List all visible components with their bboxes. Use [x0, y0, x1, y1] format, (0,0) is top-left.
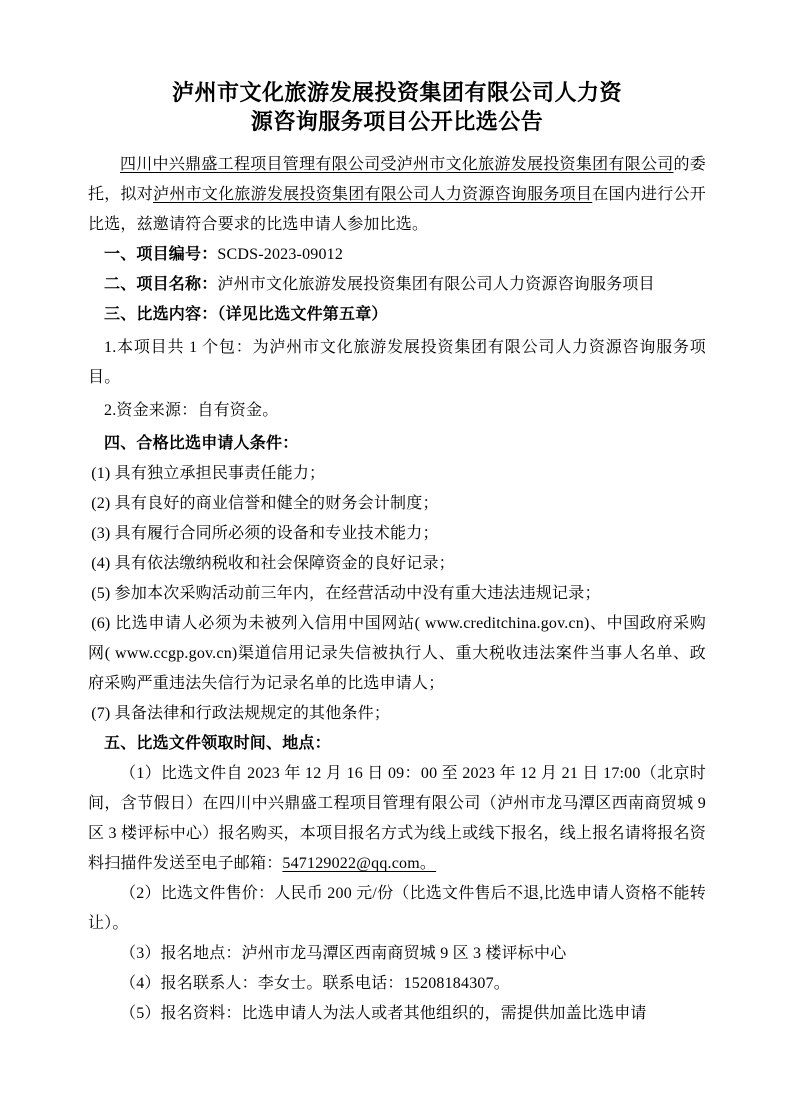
- qualification-item-4: (4) 具有依法缴纳税收和社会保障资金的良好记录；: [88, 549, 706, 579]
- section-4-label: 四、合格比选申请人条件：: [104, 435, 298, 452]
- section-1-label: 一、项目编号：: [104, 246, 217, 263]
- qualification-item-5: (5) 参加本次采购活动前三年内，在经营活动中没有重大违法违规记录；: [88, 579, 706, 609]
- section-2-label: 二、项目名称：: [104, 276, 217, 293]
- project-number-value: SCDS-2023-09012: [217, 246, 343, 263]
- qualification-item-2: (2) 具有良好的商业信誉和健全的财务会计制度；: [88, 489, 706, 519]
- document-page: 泸州市文化旅游发展投资集团有限公司人力资源咨询服务项目公开比选公告 四川中兴鼎盛…: [0, 0, 794, 1108]
- intro-paragraph: 四川中兴鼎盛工程项目管理有限公司受泸州市文化旅游发展投资集团有限公司的委托，拟对…: [88, 150, 706, 240]
- section-3-item-package: 1.本项目共 1 个包：为泸州市文化旅游发展投资集团有限公司人力资源咨询服务项目…: [88, 333, 706, 393]
- section-1-project-number: 一、项目编号：SCDS-2023-09012: [88, 240, 706, 270]
- section-4-qualification-heading: 四、合格比选申请人条件：: [88, 429, 706, 459]
- section-5-document-collection-heading: 五、比选文件领取时间、地点：: [88, 729, 706, 759]
- qualification-item-6: (6) 比选申请人必须为未被列入信用中国网站( www.creditchina.…: [88, 609, 706, 699]
- document-title: 泸州市文化旅游发展投资集团有限公司人力资源咨询服务项目公开比选公告: [168, 78, 626, 136]
- project-name-value: 泸州市文化旅游发展投资集团有限公司人力资源咨询服务项目: [217, 276, 654, 293]
- section-3-label: 三、比选内容：（详见比选文件第五章）: [104, 306, 388, 323]
- registration-email: 547129022@qq.com。: [282, 855, 436, 872]
- collection-item-4-contact: （4）报名联系人：李女士。联系电话：15208184307。: [88, 969, 706, 999]
- section-3-item-funding: 2.资金来源：自有资金。: [88, 396, 706, 426]
- collection-item-3-address: （3）报名地点：泸州市龙马潭区西南商贸城 9 区 3 楼评标中心: [88, 939, 706, 969]
- collection-item-1: （1）比选文件自 2023 年 12 月 16 日 09：00 至 2023 年…: [88, 759, 706, 879]
- section-2-project-name: 二、项目名称：泸州市文化旅游发展投资集团有限公司人力资源咨询服务项目: [88, 270, 706, 300]
- qualification-item-1: (1) 具有独立承担民事责任能力；: [88, 459, 706, 489]
- collection-item-5-materials: （5）报名资料：比选申请人为法人或者其他组织的，需提供加盖比选申请: [88, 999, 706, 1029]
- section-5-label: 五、比选文件领取时间、地点：: [104, 735, 331, 752]
- qualification-item-3: (3) 具有履行合同所必须的设备和专业技术能力；: [88, 519, 706, 549]
- collection-item-2-price: （2）比选文件售价：人民币 200 元/份（比选文件售后不退,比选申请人资格不能…: [88, 879, 706, 939]
- project-name-underlined: 泸州市文化旅游发展投资集团有限公司人力资源咨询服务项目: [153, 186, 592, 203]
- section-3-selection-content: 三、比选内容：（详见比选文件第五章）: [88, 300, 706, 330]
- qualification-item-7: (7) 具备法律和行政法规规定的其他条件；: [88, 699, 706, 729]
- agent-company-name: 四川中兴鼎盛工程项目管理有限公司受泸州市文化旅游发展投资集团有限公司: [120, 156, 674, 173]
